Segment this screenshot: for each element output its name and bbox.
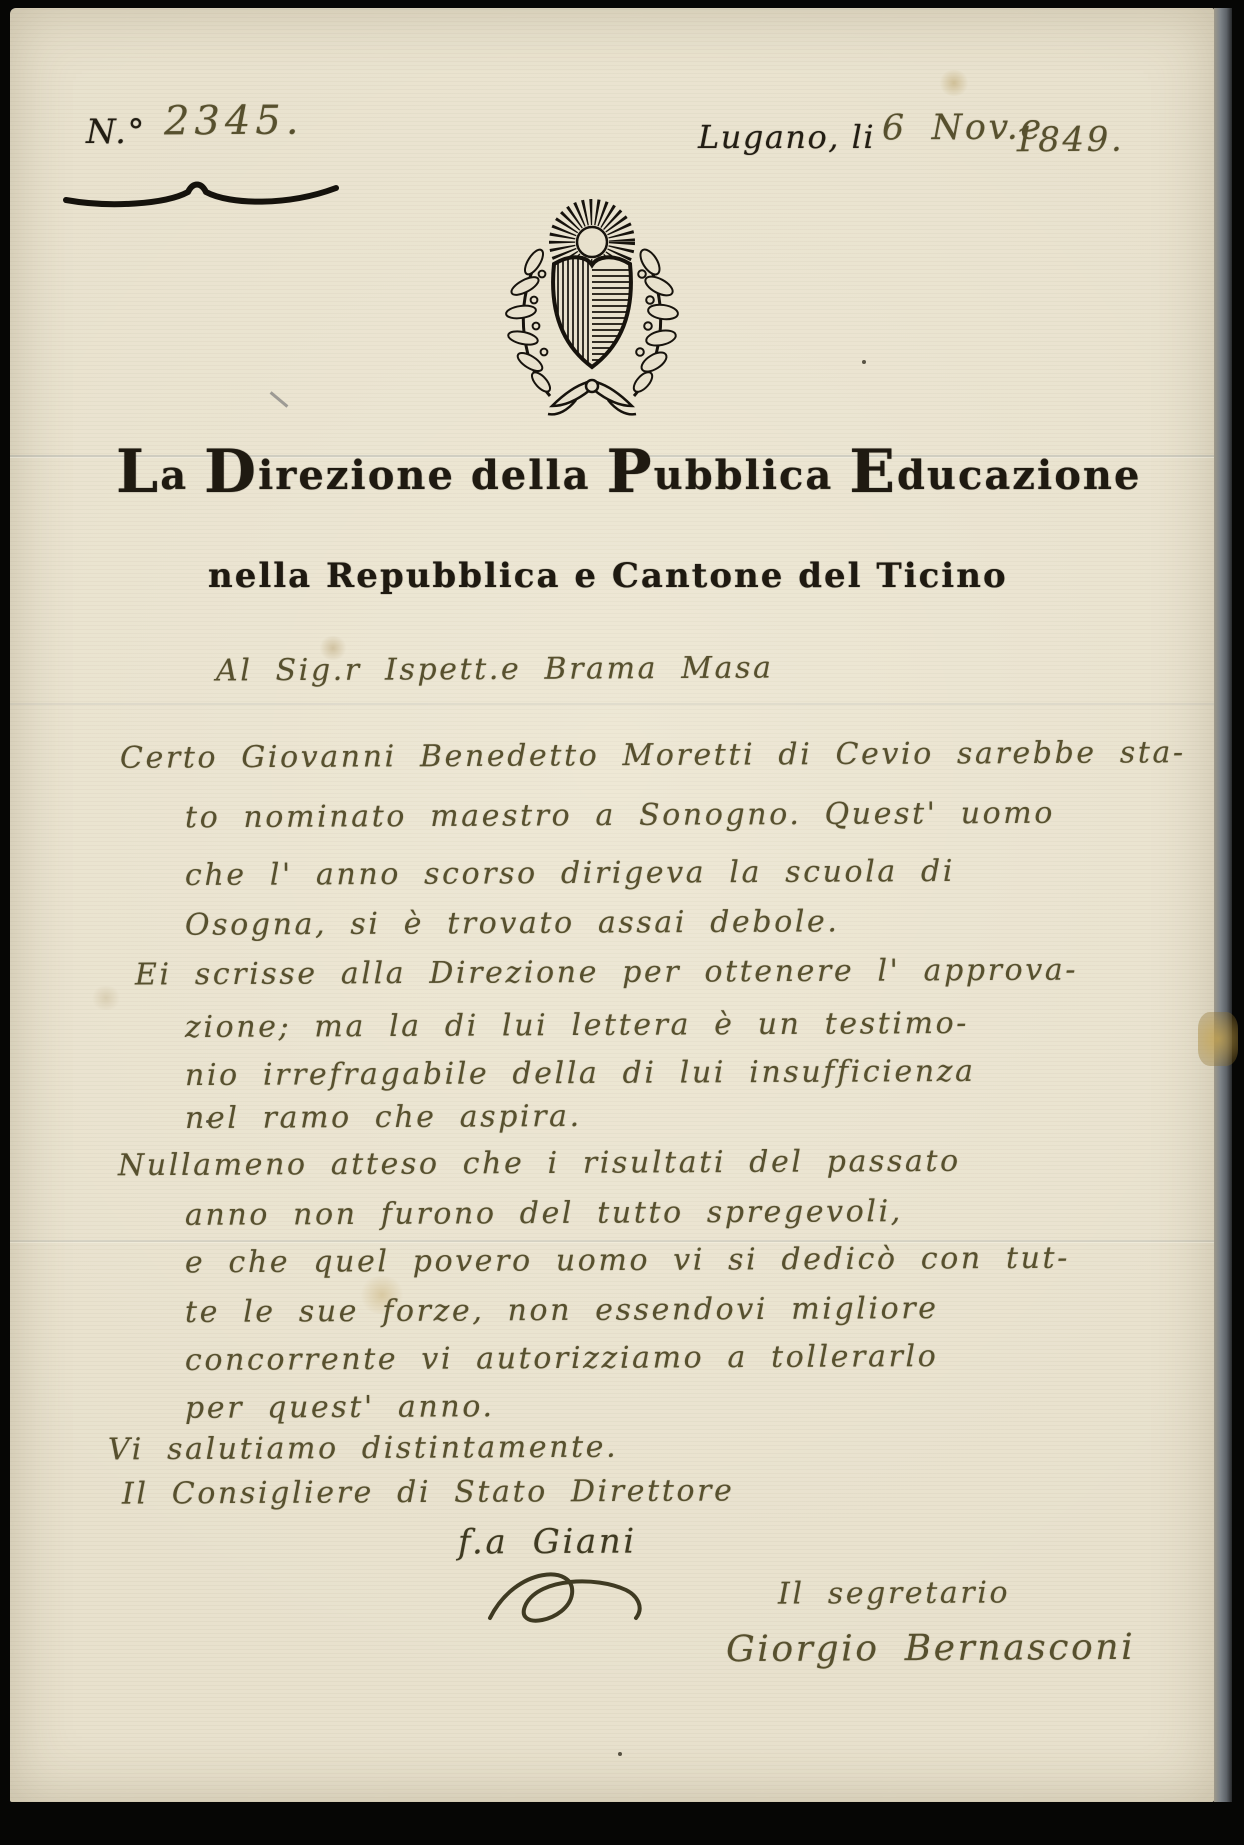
fold-crease <box>10 703 1214 705</box>
signer-title: Il Consigliere di Stato Direttore <box>122 1473 735 1511</box>
body-line: zione; ma la di lui lettera è un testimo… <box>185 1006 969 1045</box>
ticino-coat-of-arms-emblem <box>492 190 692 418</box>
body-line: anno non furono del tutto spregevoli, <box>185 1194 903 1233</box>
reference-label: N.° <box>86 112 146 152</box>
body-line: concorrente vi autorizziamo a tollerarlo <box>185 1339 939 1378</box>
body-line: te le sue forze, non essendovi migliore <box>185 1291 939 1330</box>
body-line: nio irrefragabile della di lui insuffici… <box>185 1054 976 1093</box>
paper-edge-shadow <box>1214 8 1232 1802</box>
director-signature: f.a Giani <box>458 1522 637 1563</box>
body-line: Ei scrisse alla Direzione per ottenere l… <box>135 953 1078 993</box>
signature-paraph <box>468 1560 658 1640</box>
letterhead-title-line1: La Direzione della Pubblica Educazione <box>116 452 1141 499</box>
body-line: Osogna, si è trovato assai debole. <box>185 904 840 942</box>
body-line: Nullameno atteso che i risultati del pas… <box>118 1144 961 1183</box>
body-line: Certo Giovanni Benedetto Moretti di Cevi… <box>120 735 1186 776</box>
body-line: to nominato maestro a Sonogno. Quest' uo… <box>185 796 1055 836</box>
flourish-underline <box>62 176 342 212</box>
closing-salutation: Vi salutiamo distintamente. <box>108 1430 618 1468</box>
ink-speck <box>618 1752 622 1756</box>
body-line: e che quel povero uomo vi si dedicò con … <box>185 1241 1070 1281</box>
letterhead-title-line2: nella Repubblica e Cantone del Ticino <box>208 556 1008 596</box>
sealing-wax-remnant <box>1198 1012 1238 1066</box>
reference-number: 2345. <box>164 98 304 145</box>
body-line: per quest' anno. <box>185 1389 495 1426</box>
body-line: che l' anno scorso dirigeva la scuola di <box>185 854 955 893</box>
recipient-line: Al Sig.r Ispett.e Brama Masa <box>216 651 774 689</box>
paper-stain <box>90 986 122 1010</box>
scanned-letter-page: N.° 2345. Lugano, li 6 Nov.e 1849. <box>0 0 1244 1845</box>
body-line: nel ramo che aspira. <box>185 1099 582 1136</box>
dateline-year: 1849. <box>1014 120 1125 161</box>
secretary-title: Il segretario <box>778 1575 1010 1611</box>
paper-stain <box>938 70 970 96</box>
secretary-signature: Giorgio Bernasconi <box>726 1627 1135 1670</box>
dateline-place: Lugano, li <box>698 118 875 156</box>
ink-speck <box>862 360 866 364</box>
